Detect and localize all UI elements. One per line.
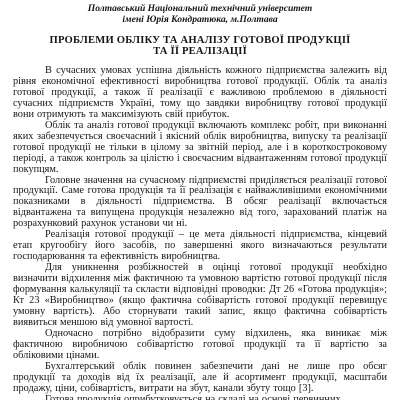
paper-title-line-1: ПРОБЛЕМИ ОБЛІКУ ТА АНАЛІЗУ ГОТОВОЇ ПРОДУ…	[13, 35, 387, 46]
paragraph-1: В сучасних умовах успішна діяльність кож…	[13, 66, 387, 121]
paragraph-3: Головне значення на сучасному підприємст…	[13, 176, 387, 231]
affiliation-line-1: Полтавський Національний технічний уніве…	[13, 3, 387, 14]
paragraph-2: Облік та аналіз готової продукції включа…	[13, 121, 387, 176]
paper-title-line-2: ТА ЇЇ РЕАЛІЗАЦІЇ	[13, 46, 387, 57]
document-page: Полтавський Національний технічний уніве…	[0, 0, 400, 400]
paragraph-5: Для уникнення розбіжностей в оцінці гото…	[13, 263, 387, 329]
paragraph-4: Реалізація готової продукції – це мета д…	[13, 230, 387, 263]
paper-title: ПРОБЛЕМИ ОБЛІКУ ТА АНАЛІЗУ ГОТОВОЇ ПРОДУ…	[13, 35, 387, 57]
affiliation-line-2: імені Юрія Кондратюка, м.Полтава	[13, 14, 387, 25]
paragraph-6: Одночасно потрібно відобразити суму відх…	[13, 329, 387, 362]
paragraph-8: Готова продукція оприбутковується на скл…	[13, 395, 387, 400]
affiliation-header: Полтавський Національний технічний уніве…	[13, 3, 387, 25]
document-body: В сучасних умовах успішна діяльність кож…	[13, 66, 387, 400]
paragraph-7: Бухгалтерський облік повинен забезпечити…	[13, 362, 387, 395]
